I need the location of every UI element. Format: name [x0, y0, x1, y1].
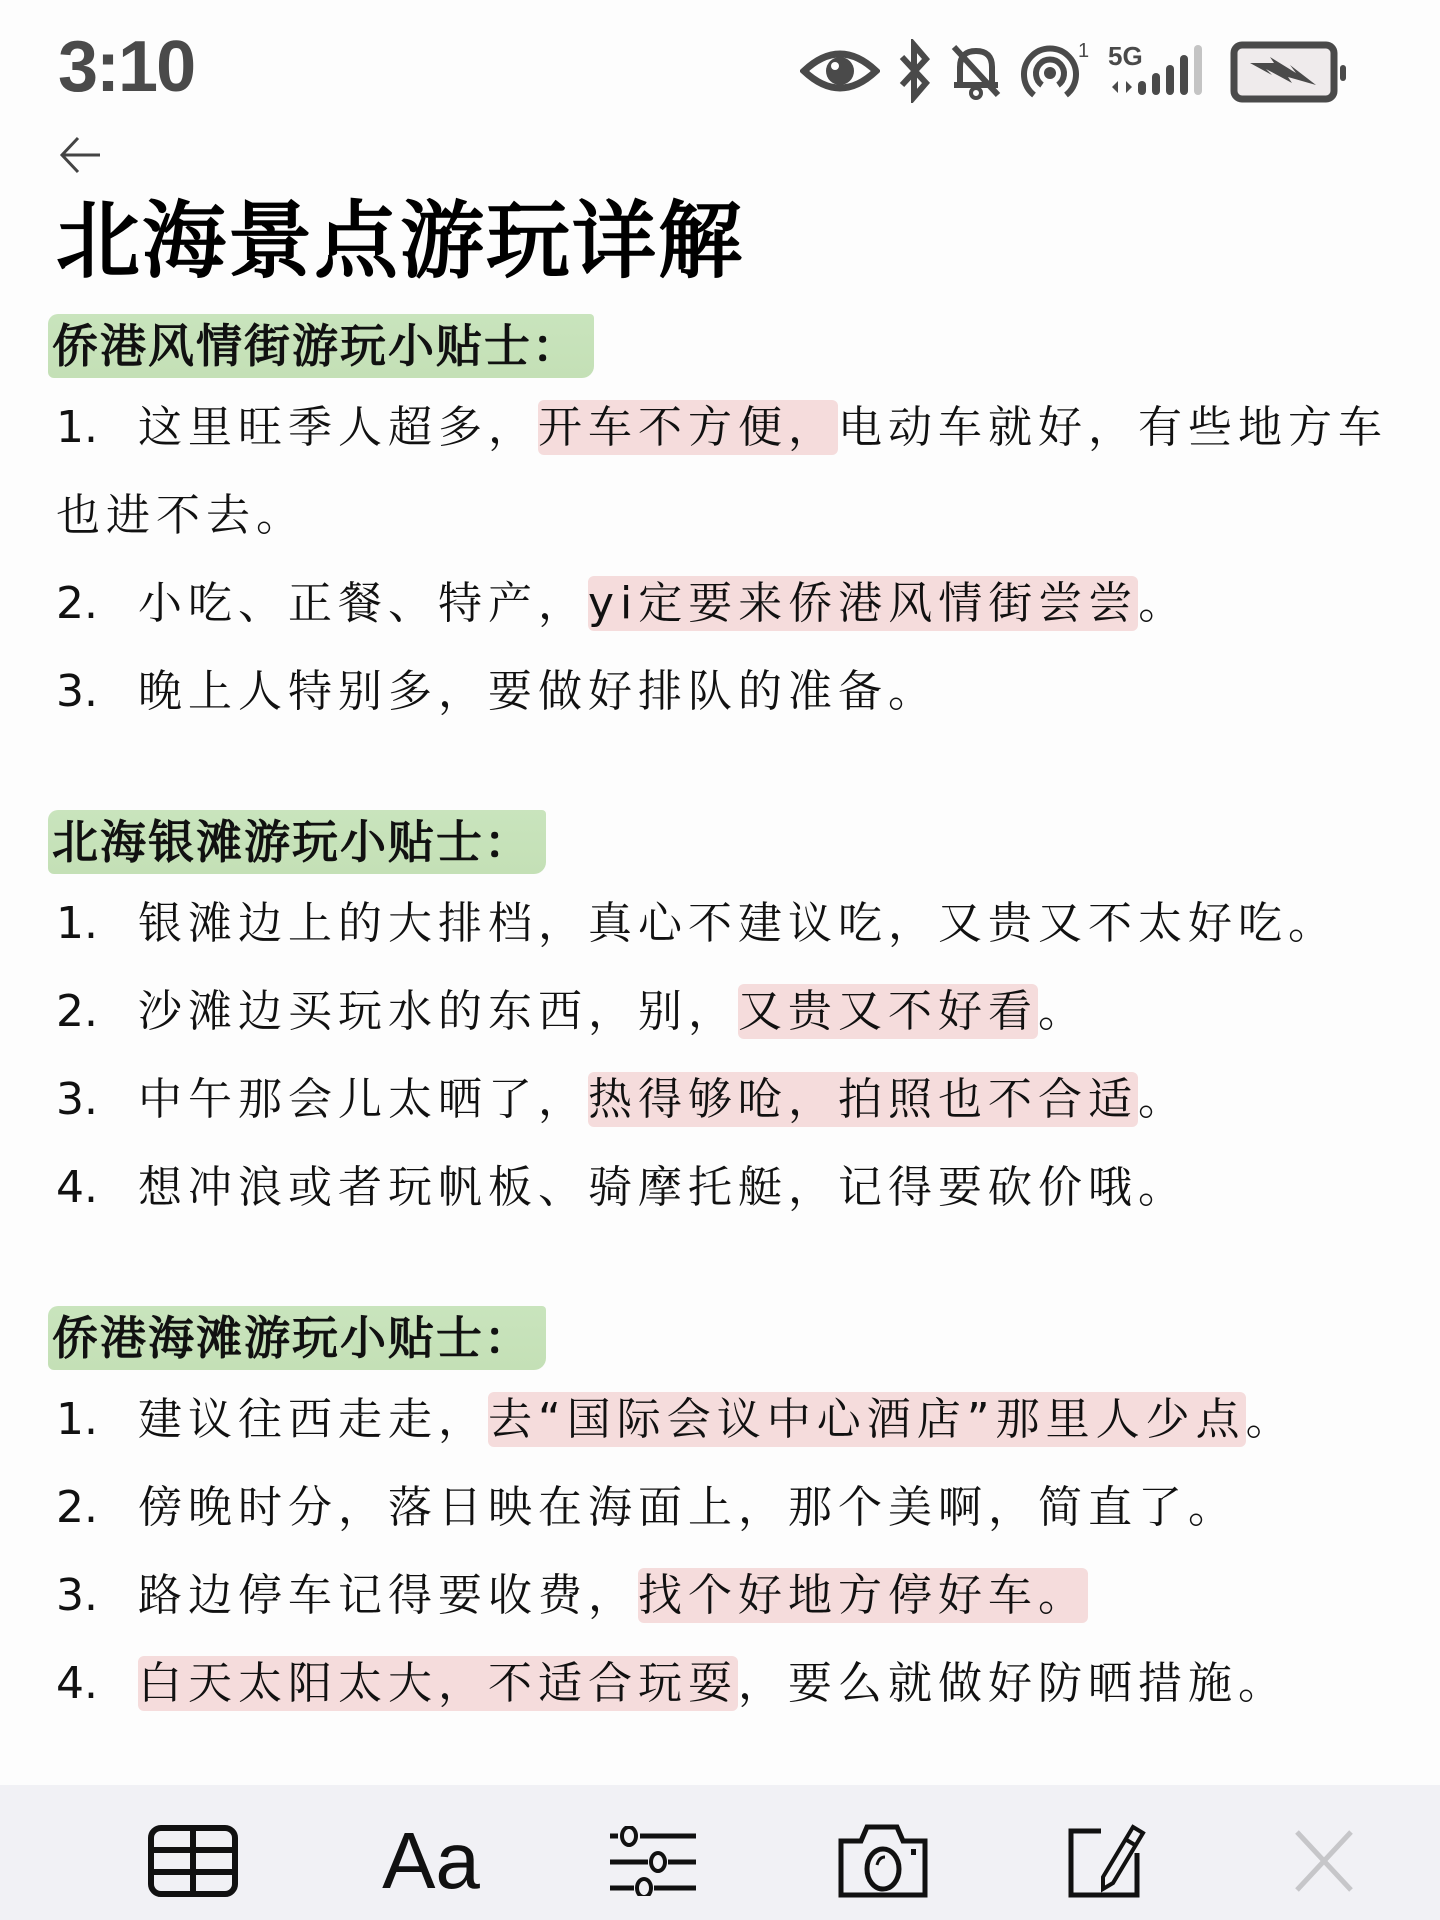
text-highlight: 白天太阳太大，不适合玩耍 [138, 1656, 738, 1711]
list-item: 1.建议往西走走，去“国际会议中心酒店”那里人少点。 [56, 1376, 1396, 1464]
edit-button[interactable] [1057, 1821, 1157, 1901]
list-item: 4.想冲浪或者玩帆板、骑摩托艇，记得要砍价哦。 [56, 1144, 1396, 1232]
camera-button[interactable] [833, 1821, 933, 1901]
text-highlight: 热得够呛，拍照也不合适 [588, 1072, 1138, 1127]
edit-icon [1067, 1823, 1147, 1899]
list-item: 2.小吃、正餐、特产，yi定要来侨港风情街尝尝。 [56, 560, 1396, 648]
battery-charging-icon [1230, 39, 1350, 103]
svg-text:5G: 5G [1108, 41, 1143, 71]
5g-signal-icon: 5G [1108, 39, 1216, 103]
text-highlight: 又贵又不好看 [738, 984, 1038, 1039]
text-highlight: 去“国际会议中心酒店”那里人少点 [488, 1392, 1246, 1447]
status-time: 3:10 [58, 26, 194, 108]
bell-muted-icon [948, 41, 1004, 101]
arrow-left-icon [58, 132, 104, 178]
adjust-sliders-icon [610, 1826, 696, 1896]
list-item: 1.银滩边上的大排档，真心不建议吃，又贵又不太好吃。 [56, 880, 1396, 968]
list-item: 2.傍晚时分，落日映在海面上，那个美啊，简直了。 [56, 1464, 1396, 1552]
list-item: 4.白天太阳太大，不适合玩耍，要么就做好防晒措施。 [56, 1640, 1396, 1728]
text-format-icon: Aa [382, 1821, 480, 1901]
close-icon [1289, 1826, 1359, 1896]
insert-table-button[interactable] [143, 1821, 243, 1901]
hotspot-icon: 1 [1018, 39, 1094, 103]
section-silver-beach: 北海银滩游玩小贴士： 1.银滩边上的大排档，真心不建议吃，又贵又不太好吃。 2.… [56, 796, 1396, 1232]
text-highlight: yi定要来侨港风情街尝尝 [588, 576, 1138, 631]
page-title: 北海景点游玩详解 [56, 186, 744, 296]
section-heading: 北海银滩游玩小贴士： [48, 810, 546, 874]
section-qiaogang-beach: 侨港海滩游玩小贴士： 1.建议往西走走，去“国际会议中心酒店”那里人少点。 2.… [56, 1292, 1396, 1728]
adjust-button[interactable] [603, 1821, 703, 1901]
list-item: 3.中午那会儿太晒了，热得够呛，拍照也不合适。 [56, 1056, 1396, 1144]
list-item: 1.这里旺季人超多，开车不方便，电动车就好，有些地方车也进不去。 [56, 384, 1396, 560]
back-button[interactable] [58, 132, 104, 178]
section-heading: 侨港风情街游玩小贴士： [48, 314, 594, 378]
close-button[interactable] [1274, 1821, 1374, 1901]
list-item: 3.晚上人特别多，要做好排队的准备。 [56, 648, 1396, 736]
list-item: 3.路边停车记得要收费，找个好地方停好车。 [56, 1552, 1396, 1640]
table-icon [147, 1824, 239, 1898]
status-icons: 1 5G [800, 36, 1350, 106]
list-item: 2.沙滩边买玩水的东西，别，又贵又不好看。 [56, 968, 1396, 1056]
text-highlight: 找个好地方停好车。 [638, 1568, 1088, 1623]
section-qiaogang-street: 侨港风情街游玩小贴士： 1.这里旺季人超多，开车不方便，电动车就好，有些地方车也… [56, 300, 1396, 736]
eye-icon [800, 43, 880, 99]
status-bar: 3:10 1 5G [0, 0, 1440, 120]
camera-icon [837, 1823, 929, 1899]
section-heading: 侨港海滩游玩小贴士： [48, 1306, 546, 1370]
note-content[interactable]: 侨港风情街游玩小贴士： 1.这里旺季人超多，开车不方便，电动车就好，有些地方车也… [56, 300, 1396, 1728]
bottom-toolbar: Aa [0, 1785, 1440, 1920]
svg-text:1: 1 [1078, 40, 1089, 62]
text-highlight: 开车不方便， [538, 400, 838, 455]
text-format-button[interactable]: Aa [381, 1821, 481, 1901]
bluetooth-icon [894, 39, 934, 103]
